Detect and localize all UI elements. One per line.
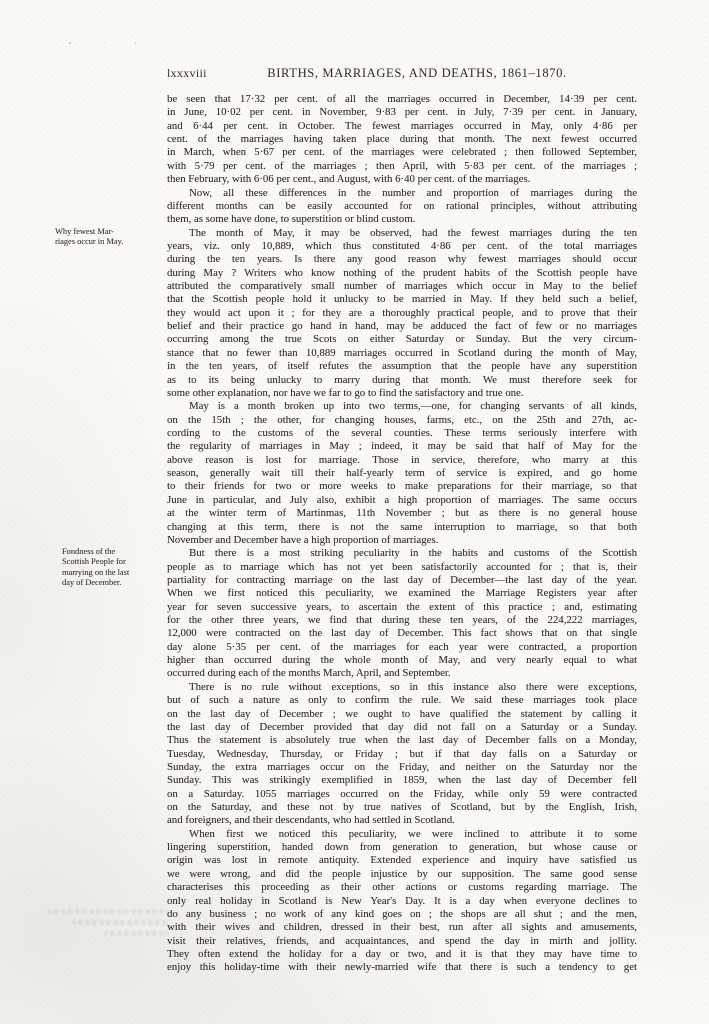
text-line: then February, with 6·06 per cent., and …: [167, 173, 637, 186]
text-line: they would act upon it ; for they are a …: [167, 307, 637, 320]
text-line: at the winter term of Martinmas, 11th No…: [167, 507, 637, 520]
text-line: Now, all these differences in the number…: [167, 187, 637, 200]
text-line: to their friends for two or more weeks t…: [167, 480, 637, 493]
text-line: the last day of December provided that d…: [167, 721, 637, 734]
text-line: cording to the customs of the several co…: [167, 427, 637, 440]
showthrough-ghost-text: [30, 905, 168, 942]
text-line: But there is a most striking peculiarity…: [167, 547, 637, 560]
text-line: on the last day of December ; we ought t…: [167, 708, 637, 721]
text-line: The month of May, it may be observed, ha…: [167, 227, 637, 240]
scan-speck: [135, 42, 136, 44]
text-line: above reason is lost for marriage. Those…: [167, 454, 637, 467]
text-line: changing at this term, there is not the …: [167, 521, 637, 534]
text-line: Thus the statement is absolutely true wh…: [167, 734, 637, 747]
text-line: as to its being unlucky to marry during …: [167, 374, 637, 387]
text-line: day alone 5·35 per cent. of the marriage…: [167, 641, 637, 654]
text-line: visit their relatives, friends, and acqu…: [167, 935, 637, 948]
text-line: but of such a nature as only to confirm …: [167, 694, 637, 707]
document-page: lxxxviii BIRTHS, MARRIAGES, AND DEATHS, …: [0, 0, 709, 1024]
page-header: lxxxviii BIRTHS, MARRIAGES, AND DEATHS, …: [167, 66, 637, 82]
text-line: partiality for contracting marriage on t…: [167, 574, 637, 587]
text-line: them, as some have done, to superstition…: [167, 213, 637, 226]
text-line: belief and their practice go hand in han…: [167, 320, 637, 333]
showthrough-streak: [48, 909, 168, 914]
body-text: be seen that 17·32 per cent. of all the …: [167, 93, 637, 975]
text-line: November and December have a high propor…: [167, 534, 637, 547]
text-line: occurred during each of the months March…: [167, 667, 637, 680]
text-line: They often extend the holiday for a day …: [167, 948, 637, 961]
scan-speck: [104, 42, 105, 43]
text-line: cent. of the marriages having taken plac…: [167, 133, 637, 146]
text-line: only real holiday in Scotland is New Yea…: [167, 895, 637, 908]
text-line: Tuesday, Wednesday, Thursday, or Friday …: [167, 748, 637, 761]
text-line: on the Saturday, and these not by true n…: [167, 801, 637, 814]
text-line: characterises this proceeding as their o…: [167, 881, 637, 894]
text-line: on the 15th ; the other, for changing ho…: [167, 414, 637, 427]
scan-speck: [69, 42, 71, 44]
text-line: with their wives and children, dressed i…: [167, 921, 637, 934]
text-line: people as to marriage which has not yet …: [167, 561, 637, 574]
text-line: years, viz. only 10,889, which thus cons…: [167, 240, 637, 253]
text-line: 12,000 were contracted on the last day o…: [167, 627, 637, 640]
text-line: attributed the comparatively small numbe…: [167, 280, 637, 293]
text-line: in June, 10·02 per cent. in November, 9·…: [167, 106, 637, 119]
text-line: May is a month broken up into two terms,…: [167, 400, 637, 413]
text-line: in the ten years, of itself refutes the …: [167, 360, 637, 373]
text-line: There is no rule without exceptions, so …: [167, 681, 637, 694]
text-line: higher than occurred during the whole mo…: [167, 654, 637, 667]
text-line: during May ? Writers who know nothing of…: [167, 267, 637, 280]
text-line: lingering superstition, handed down from…: [167, 841, 637, 854]
showthrough-streak: [104, 931, 168, 936]
margin-note-line: Why fewest Mar-: [55, 227, 167, 237]
text-line: and 6·44 per cent. in October. The fewes…: [167, 120, 637, 133]
text-line: be seen that 17·32 per cent. of all the …: [167, 93, 637, 106]
margin-note-line: Fondness of the: [62, 547, 168, 557]
margin-note-line: Scottish People for: [62, 557, 168, 567]
folio-page-number: lxxxviii: [167, 66, 207, 81]
text-line: and foreigners, and their descendants, w…: [167, 814, 637, 827]
text-line: that the Scottish people hold it unlucky…: [167, 293, 637, 306]
running-title: BIRTHS, MARRIAGES, AND DEATHS, 1861–1870…: [227, 66, 607, 81]
text-line: during the ten years. Is there any good …: [167, 253, 637, 266]
text-line: some other explanation, nor have we far …: [167, 387, 637, 400]
text-line: different months can be easily accounted…: [167, 200, 637, 213]
margin-note-fewest-marriages-may: Why fewest Mar- riages occur in May.: [55, 227, 167, 248]
margin-note-last-day-december: Fondness of the Scottish People for marr…: [62, 547, 168, 589]
margin-note-line: riages occur in May.: [55, 237, 167, 247]
text-line: season, generally wait till their half-y…: [167, 467, 637, 480]
text-line: origin was lost in remote antiquity. Ext…: [167, 854, 637, 867]
text-line: for the other three years, we find that …: [167, 614, 637, 627]
text-line: year for seven successive years, to asce…: [167, 601, 637, 614]
showthrough-streak: [72, 920, 168, 925]
margin-note-line: marrying on the last: [62, 568, 168, 578]
text-line: occurring among the true Scots on either…: [167, 333, 637, 346]
text-line: When first we noticed this peculiarity, …: [167, 828, 637, 841]
text-line: stance that no fewer than 10,889 marriag…: [167, 347, 637, 360]
margin-note-line: day of December.: [62, 578, 168, 588]
text-line: enjoy this holiday-time with their newly…: [167, 961, 637, 974]
text-line: in March, when 5·67 per cent. of the mar…: [167, 146, 637, 159]
text-line: we were wrong, and did the people injust…: [167, 868, 637, 881]
text-line: Sunday, the extra marriages occur on the…: [167, 761, 637, 774]
text-line: Sunday. This was strikingly exemplified …: [167, 774, 637, 787]
text-line: When we first noticed this peculiarity, …: [167, 587, 637, 600]
text-line: on a Saturday. 1055 marriages occurred o…: [167, 788, 637, 801]
text-line: June in particular, and July also, exhib…: [167, 494, 637, 507]
text-line: the regularity of marriages in May ; ind…: [167, 440, 637, 453]
text-line: with 5·79 per cent. of the marriages ; t…: [167, 160, 637, 173]
text-line: do any business ; no work of any kind go…: [167, 908, 637, 921]
